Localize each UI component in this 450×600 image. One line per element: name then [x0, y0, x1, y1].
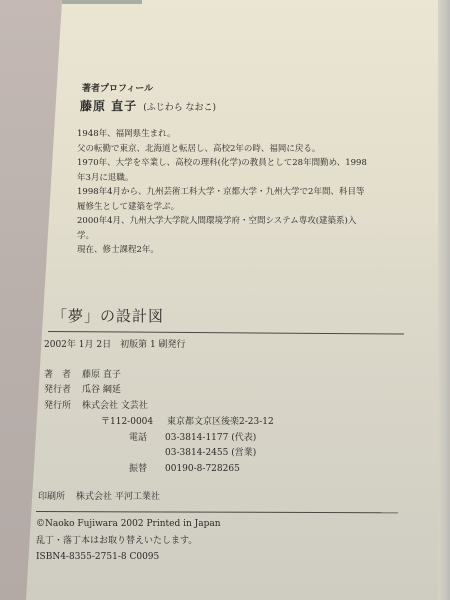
bio-line: 現在、修士課程2年。 — [77, 243, 397, 258]
bio-line: 1998年4月から、九州芸術工科大学・京都大学・九州大学で2年間、科目等 — [77, 185, 397, 200]
street-address: 東京都文京区後楽2-23-12 — [167, 415, 274, 431]
credit-key: 発行所 — [44, 399, 82, 414]
bio-line: 2000年4月、九州大学大学院人間環境学府・空間システム専攻(建築系)入 — [77, 214, 397, 229]
bio-line: 学。 — [77, 229, 397, 244]
postal-code: 〒112-0004 — [101, 415, 167, 431]
colophon-footer: ©Naoko Fujiwara 2002 Printed in Japan 乱丁… — [36, 516, 221, 566]
divider — [48, 331, 404, 334]
publisher-address: 〒112-0004 東京都文京区後楽2-23-12 電話 03-3814-117… — [101, 415, 274, 477]
author-name-kanji: 藤原 直子 — [80, 99, 137, 113]
colophon-page: 著者プロフィール 藤原 直子(ふじわら なおこ) 1948年、福岡県生まれ。 父… — [0, 0, 450, 600]
bio-line: 年3月に退職。 — [77, 171, 397, 186]
printer-row: 印刷所 株式会社 平河工業社 — [38, 489, 160, 502]
credit-value: 藤原 直子 — [82, 368, 121, 383]
postal-address: 〒112-0004 東京都文京区後楽2-23-12 — [101, 415, 274, 431]
copyright: ©Naoko Fujiwara 2002 Printed in Japan — [36, 516, 221, 533]
author-name: 藤原 直子(ふじわら なおこ) — [80, 97, 216, 114]
credits-list: 著 者 藤原 直子 発行者 瓜谷 綱延 発行所 株式会社 文芸社 — [44, 368, 148, 414]
credit-publisher: 発行所 株式会社 文芸社 — [44, 399, 148, 414]
credit-author: 著 者 藤原 直子 — [44, 368, 148, 383]
transfer-row: 振替 00190-8-728265 — [101, 462, 274, 478]
publication-date: 2002年 1月 2日 初版第 1 刷発行 — [44, 337, 186, 350]
phone-main: 03-3814-1177 (代表) — [165, 431, 256, 447]
profile-heading: 著者プロフィール — [82, 81, 153, 94]
author-name-reading: (ふじわら なおこ) — [143, 103, 216, 113]
credit-value: 瓜谷 綱延 — [82, 383, 121, 398]
bio-line: 1948年、福岡県生まれ。 — [77, 127, 397, 142]
credit-publisher-person: 発行者 瓜谷 綱延 — [44, 383, 148, 398]
transfer-label: 振替 — [129, 462, 165, 478]
phone-main-row: 電話 03-3814-1177 (代表) — [101, 431, 274, 447]
phone-sales-row: 03-3814-2455 (営業) — [101, 446, 274, 462]
author-bio: 1948年、福岡県生まれ。 父の転勤で東京、北海道と転居し、高校2年の時、福岡に… — [77, 127, 397, 258]
printer-value: 株式会社 平河工業社 — [76, 489, 160, 502]
divider — [36, 511, 398, 513]
transfer-account: 00190-8-728265 — [165, 462, 240, 478]
replacement-notice: 乱丁・落丁本はお取り替えいたします。 — [36, 533, 221, 550]
credit-key: 著 者 — [44, 368, 82, 383]
isbn: ISBN4-8355-2751-8 C0095 — [36, 549, 221, 566]
bio-line: 父の転勤で東京、北海道と転居し、高校2年の時、福岡に戻る。 — [77, 142, 397, 157]
printer-key: 印刷所 — [38, 489, 76, 502]
credit-key: 発行者 — [44, 383, 82, 398]
credit-value: 株式会社 文芸社 — [82, 399, 148, 414]
phone-label: 電話 — [129, 431, 165, 447]
bio-line: 履修生として建築を学ぶ。 — [77, 200, 397, 215]
phone-sales: 03-3814-2455 (営業) — [165, 446, 256, 462]
bio-line: 1970年、大学を卒業し、高校の理科(化学)の教員として28年間勤め、1998 — [77, 156, 397, 171]
book-title: 「夢」の設計図 — [52, 305, 164, 326]
